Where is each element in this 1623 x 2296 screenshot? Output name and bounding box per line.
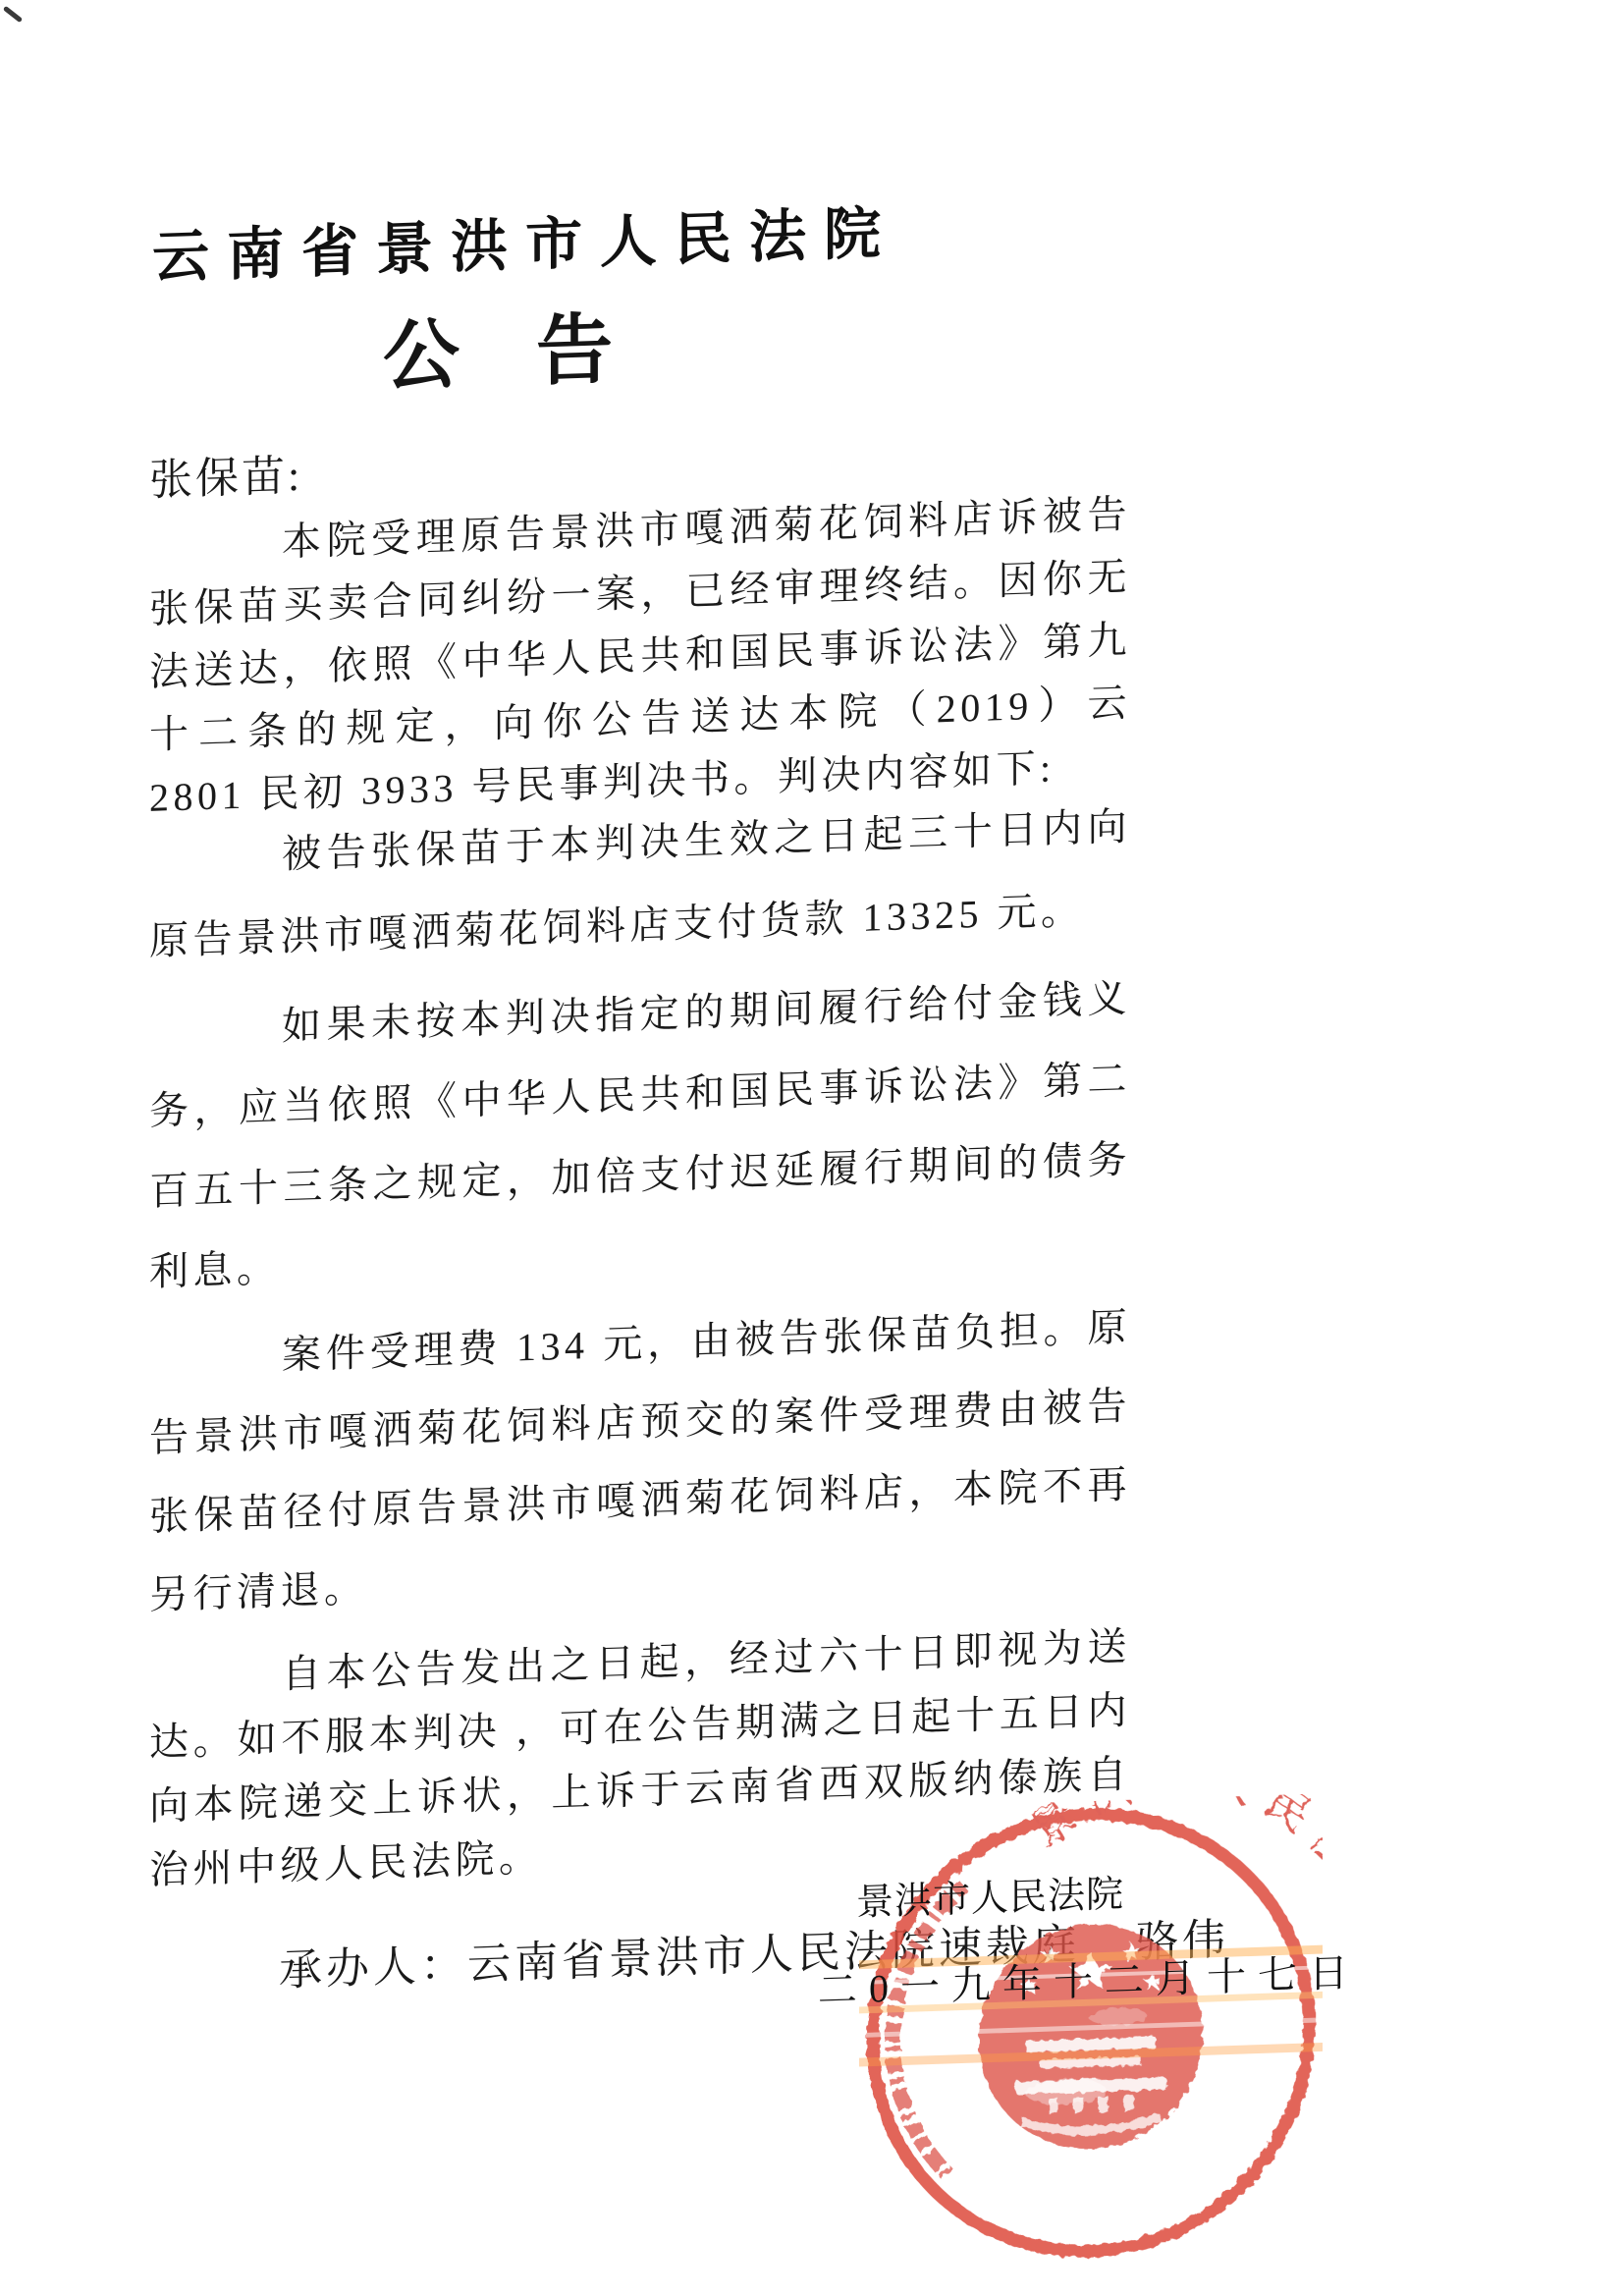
notice-paragraph: 案件受理费 134 元，由被告张保苗负担。原告景洪市嘎洒菊花饲料店预交的案件受理… (149, 1288, 1131, 1635)
signature-court-name: 景洪市人民法院 (856, 1863, 1124, 1926)
document-sheet: 云南省景洪市人民法院 公 告 张保苗: 本院受理原告景洪市嘎洒菊花饲料店诉被告张… (0, 0, 1623, 2296)
notice-paragraph: 如果未按本判决指定的期间履行给付金钱义务，应当依照《中华人民共和国民事诉讼法》第… (149, 958, 1131, 1313)
handler-label: 承办人： (279, 1941, 467, 1995)
court-title: 云南省景洪市人民法院 (152, 196, 1131, 288)
notice-heading: 公 告 (383, 293, 1131, 396)
notice-paragraph: 被告张保苗于本判决生效之日起三十日内向原告景洪市嘎洒菊花饲料店支付货款 1332… (149, 786, 1131, 983)
notice-paragraph: 本院受理原告景洪市嘎洒菊花饲料店诉被告张保苗买卖合同纠纷一案，已经审理终结。因你… (149, 483, 1131, 830)
notice-body: 云南省景洪市人民法院 公 告 张保苗: 本院受理原告景洪市嘎洒菊花饲料店诉被告张… (0, 0, 1623, 2009)
